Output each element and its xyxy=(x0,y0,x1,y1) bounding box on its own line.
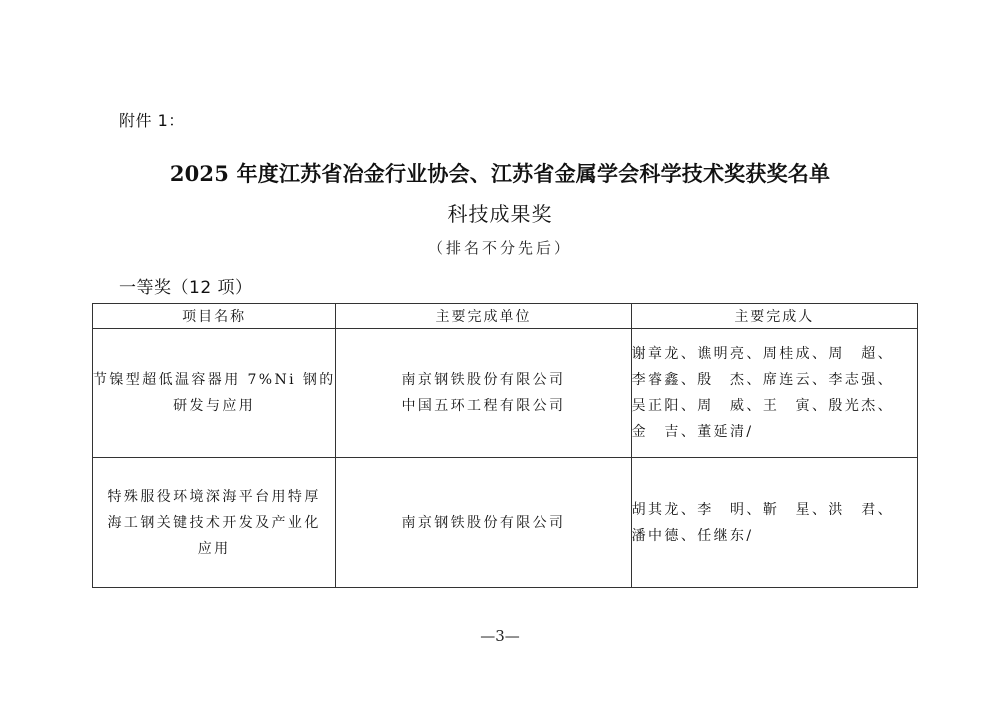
people-line: 潘中德、任继东/ xyxy=(632,523,917,549)
people-line: 李睿鑫、殷 杰、席连云、李志强、 xyxy=(632,367,917,393)
header-project-name: 项目名称 xyxy=(93,304,336,329)
project-name-line: 特殊服役环境深海平台用特厚 xyxy=(93,484,335,510)
unit-cell: 南京钢铁股份有限公司 xyxy=(336,458,631,588)
people-cell: 谢章龙、谯明亮、周桂成、周 超、 李睿鑫、殷 杰、席连云、李志强、 吴正阳、周 … xyxy=(631,329,917,458)
people-cell: 胡其龙、李 明、靳 星、洪 君、 潘中德、任继东/ xyxy=(631,458,917,588)
table-header-row: 项目名称 主要完成单位 主要完成人 xyxy=(93,304,918,329)
unit-line: 中国五环工程有限公司 xyxy=(336,393,630,419)
header-main-unit: 主要完成单位 xyxy=(336,304,631,329)
award-category-title: 科技成果奖 xyxy=(0,198,1000,227)
project-name-cell: 特殊服役环境深海平台用特厚 海工钢关键技术开发及产业化 应用 xyxy=(93,458,336,588)
unit-cell: 南京钢铁股份有限公司 中国五环工程有限公司 xyxy=(336,329,631,458)
project-name-line: 节镍型超低温容器用 7%Ni 钢的 xyxy=(93,367,335,393)
document-title: 2025 年度江苏省冶金行业协会、江苏省金属学会科学技术奖获奖名单 xyxy=(0,158,1000,188)
people-line: 谢章龙、谯明亮、周桂成、周 超、 xyxy=(632,341,917,367)
unit-line: 南京钢铁股份有限公司 xyxy=(336,367,630,393)
people-line: 胡其龙、李 明、靳 星、洪 君、 xyxy=(632,497,917,523)
project-name-line: 海工钢关键技术开发及产业化 xyxy=(93,510,335,536)
awards-table: 项目名称 主要完成单位 主要完成人 节镍型超低温容器用 7%Ni 钢的 研发与应… xyxy=(92,303,918,588)
header-main-people: 主要完成人 xyxy=(631,304,917,329)
people-line: 吴正阳、周 威、王 寅、殷光杰、 xyxy=(632,393,917,419)
attachment-label: 附件 1： xyxy=(119,108,185,131)
project-name-line: 应用 xyxy=(93,536,335,562)
people-line: 金 吉、董延清/ xyxy=(632,419,917,445)
table-row: 特殊服役环境深海平台用特厚 海工钢关键技术开发及产业化 应用 南京钢铁股份有限公… xyxy=(93,458,918,588)
ranking-note: （排名不分先后） xyxy=(0,237,1000,258)
table-row: 节镍型超低温容器用 7%Ni 钢的 研发与应用 南京钢铁股份有限公司 中国五环工… xyxy=(93,329,918,458)
page-number: —3— xyxy=(0,627,1000,645)
project-name-cell: 节镍型超低温容器用 7%Ni 钢的 研发与应用 xyxy=(93,329,336,458)
project-name-line: 研发与应用 xyxy=(93,393,335,419)
unit-line: 南京钢铁股份有限公司 xyxy=(336,510,630,536)
section-heading-first-prize: 一等奖（12 项） xyxy=(119,273,253,298)
